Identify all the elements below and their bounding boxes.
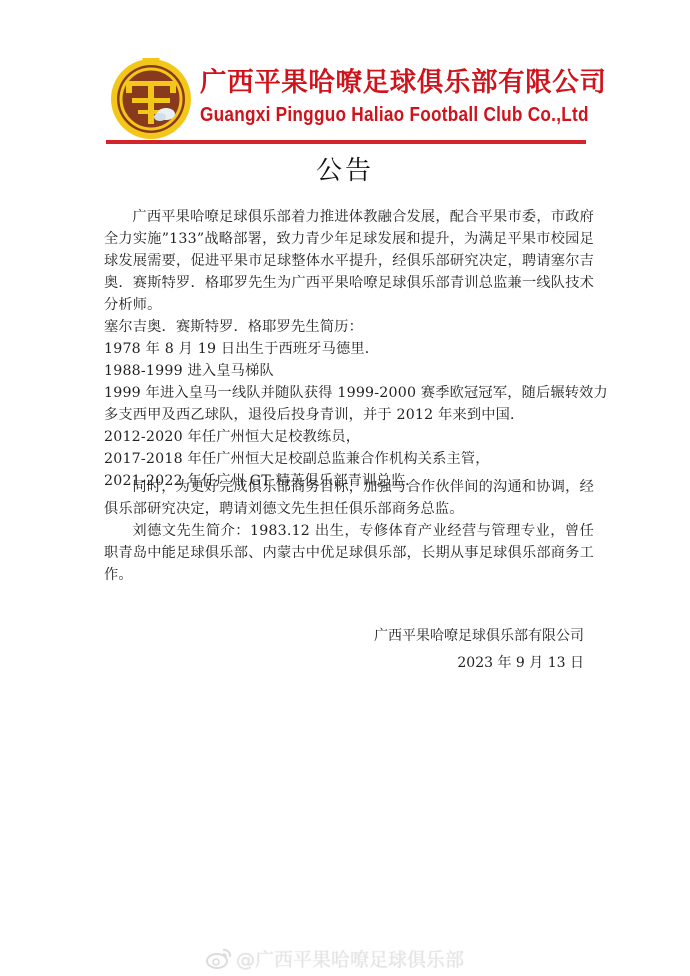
signature-organization: 广西平果哈嘹足球俱乐部有限公司 [374,623,584,650]
resume-item: 2012-2020 年任广州恒大足校教练员， [104,426,594,448]
announcement-paragraph-2: 同时，为更好完成俱乐部商务目标，加强与合作伙伴间的沟通和协调，经俱乐部研究决定，… [104,476,594,586]
watermark-text: @广西平果哈嘹足球俱乐部 [236,945,464,972]
resume-item: 2017-2018 年任广州恒大足校副总监兼合作机构关系主管， [104,448,594,470]
letterhead: 广西平果哈嘹足球俱乐部有限公司 Guangxi Pingguo Haliao F… [104,48,590,148]
resume-item: 1978 年 8 月 19 日出生于西班牙马德里． [104,338,594,360]
resume-item: 多支西甲及西乙球队，退役后投身青训，并于 2012 年来到中国． [104,404,594,426]
document-title: 公告 [0,150,690,187]
resume-item: 1988-1999 进入皇马梯队 [104,360,594,382]
header-divider [106,140,586,144]
company-name-cn: 广西平果哈嘹足球俱乐部有限公司 [200,60,607,99]
signature-date: 2023 年 9 月 13 日 [374,650,584,677]
resume-section: 塞尔吉奥．赛斯特罗．格耶罗先生简历： 1978 年 8 月 19 日出生于西班牙… [104,316,594,492]
paragraph-text: 刘德文先生简介：1983.12 出生，专修体育产业经营与管理专业，曾任职青岛中能… [104,520,594,586]
company-name-en: Guangxi Pingguo Haliao Football Club Co.… [200,104,589,127]
resume-heading: 塞尔吉奥．赛斯特罗．格耶罗先生简历： [104,316,594,338]
weibo-icon [206,947,232,969]
paragraph-text: 同时，为更好完成俱乐部商务目标，加强与合作伙伴间的沟通和协调，经俱乐部研究决定，… [104,476,594,520]
announcement-paragraph-1: 广西平果哈嘹足球俱乐部着力推进体教融合发展，配合平果市委，市政府全力实施”133… [104,206,594,316]
resume-item: 1999 年进入皇马一线队并随队获得 1999-2000 赛季欧冠冠军，随后辗转… [104,382,594,404]
signature-block: 广西平果哈嘹足球俱乐部有限公司 2023 年 9 月 13 日 [374,623,584,677]
paragraph-text: 广西平果哈嘹足球俱乐部着力推进体教融合发展，配合平果市委，市政府全力实施”133… [104,206,594,316]
weibo-watermark: @广西平果哈嘹足球俱乐部 [206,946,464,970]
club-crest-icon [108,54,194,140]
